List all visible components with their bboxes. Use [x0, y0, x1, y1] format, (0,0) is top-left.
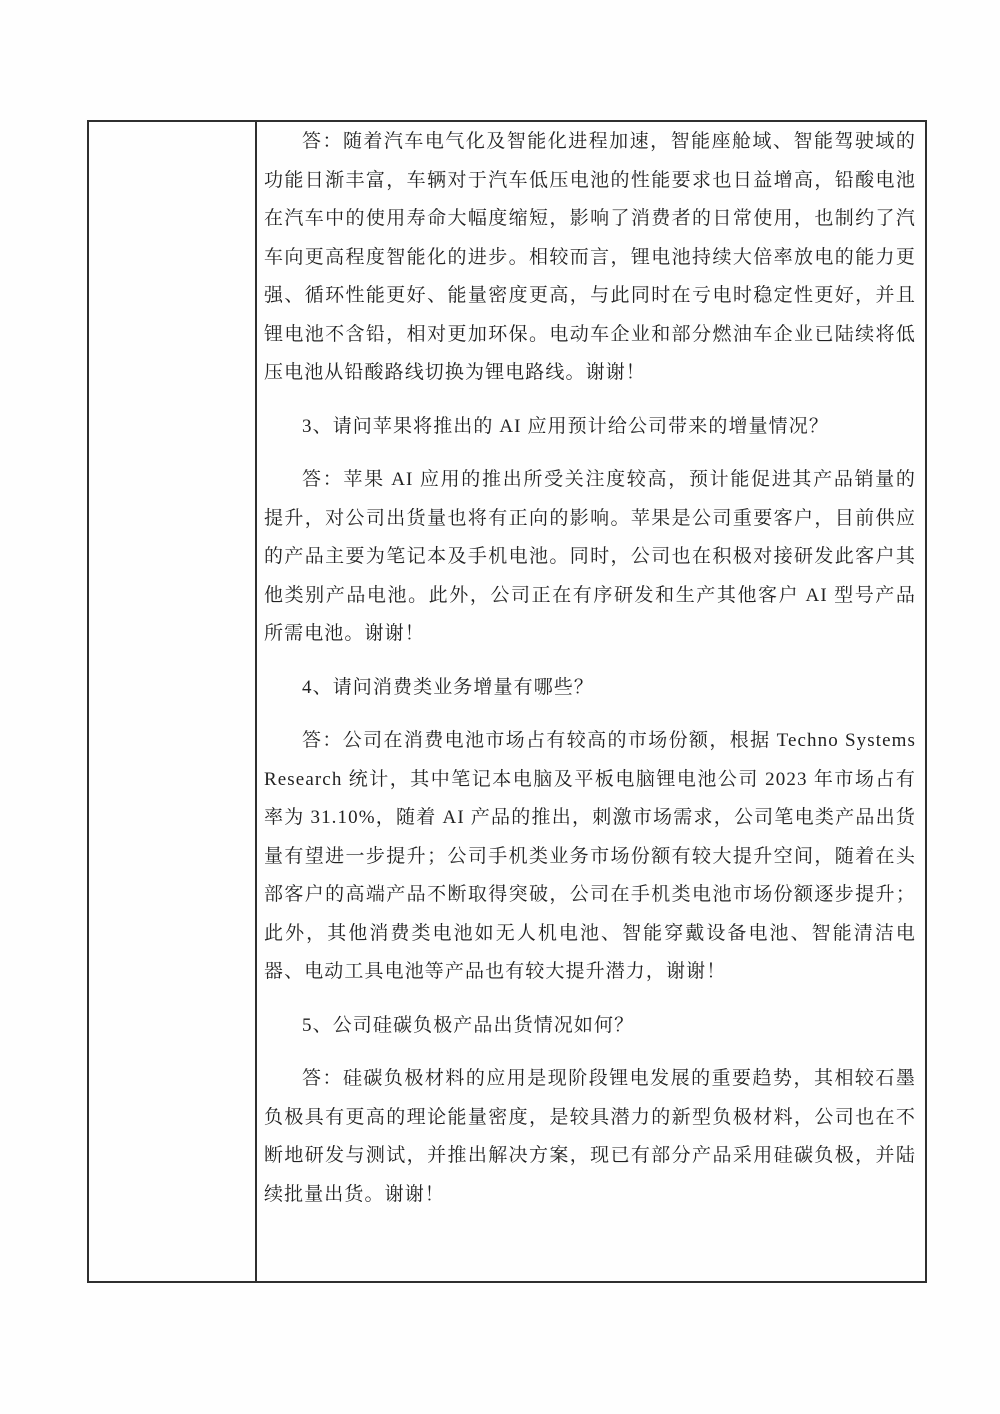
- answer-paragraph-q2: 答：随着汽车电气化及智能化进程加速，智能座舱域、智能驾驶域的功能日渐丰富，车辆对…: [264, 123, 916, 393]
- qa-table: 答：随着汽车电气化及智能化进程加速，智能座舱域、智能驾驶域的功能日渐丰富，车辆对…: [87, 120, 927, 1283]
- answer-paragraph-q3: 答：苹果 AI 应用的推出所受关注度较高，预计能促进其产品销量的提升，对公司出货…: [264, 461, 916, 654]
- answer-paragraph-q4: 答：公司在消费电池市场占有较高的市场份额，根据 Techno Systems R…: [264, 722, 916, 992]
- answer-paragraph-q5: 答：硅碳负极材料的应用是现阶段锂电发展的重要趋势，其相较石墨负极具有更高的理论能…: [264, 1060, 916, 1214]
- table-left-cell: [89, 122, 257, 1281]
- question-3: 3、请问苹果将推出的 AI 应用预计给公司带来的增量情况？: [264, 408, 916, 447]
- document-page: 答：随着汽车电气化及智能化进程加速，智能座舱域、智能驾驶域的功能日渐丰富，车辆对…: [0, 0, 1000, 1414]
- table-right-cell: 答：随着汽车电气化及智能化进程加速，智能座舱域、智能驾驶域的功能日渐丰富，车辆对…: [257, 122, 925, 1281]
- question-5: 5、公司硅碳负极产品出货情况如何？: [264, 1007, 916, 1046]
- question-4: 4、请问消费类业务增量有哪些？: [264, 669, 916, 708]
